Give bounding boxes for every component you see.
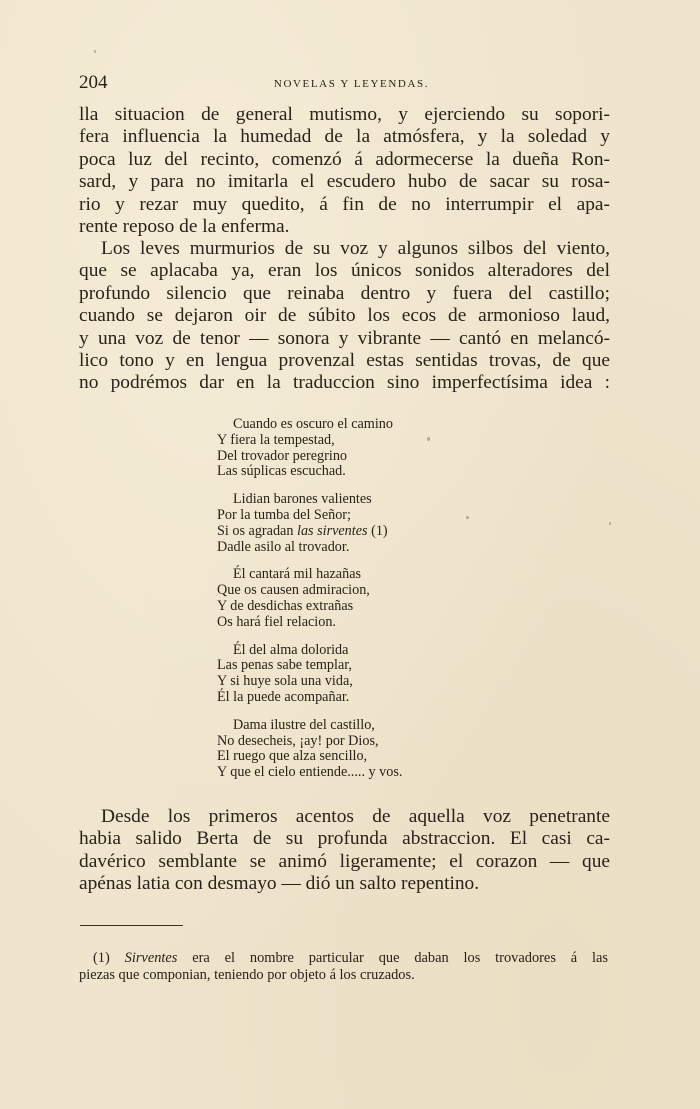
- text-line: davérico semblante se animó ligeramente;…: [79, 851, 610, 873]
- verse: Él la puede acompañar.: [217, 690, 477, 706]
- paper-speck: [609, 522, 611, 525]
- text-line: habia salido Berta de su profunda abstra…: [79, 828, 610, 850]
- paper-speck: [427, 437, 430, 441]
- footnote-reference[interactable]: (1): [368, 523, 388, 539]
- text-line: rio y rezar muy quedito, á fin de no int…: [79, 194, 610, 216]
- verse: Las penas sabe templar,: [217, 658, 477, 674]
- running-title: NOVELAS Y LEYENDAS.: [79, 78, 610, 90]
- verse: Cuando es oscuro el camino: [217, 417, 477, 433]
- verse: Lidian barones valientes: [217, 492, 477, 508]
- italic-phrase: las sirventes: [297, 523, 368, 539]
- verse: Os hará fiel relacion.: [217, 615, 477, 631]
- paragraph-2: Los leves murmurios de su voz y algunos …: [79, 238, 610, 395]
- verse: Si os agradan las sirventes (1): [217, 524, 477, 540]
- footnote-text: era el nombre particular que daban los t…: [177, 950, 608, 966]
- text-line: no podrémos dar en la traduccion sino im…: [79, 372, 610, 394]
- text-line: lla situacion de general mutismo, y ejer…: [79, 104, 610, 126]
- text-line: fera influencia la humedad de la atmósfe…: [79, 126, 610, 148]
- text-line: profundo silencio que reinaba dentro y f…: [79, 283, 610, 305]
- verse: Dadle asilo al trovador.: [217, 540, 477, 556]
- paper-speck: [94, 50, 96, 53]
- verse: El ruego que alza sencillo,: [217, 749, 477, 765]
- footnote-term: Sirventes: [125, 950, 178, 966]
- stanza-4: Él del alma dolorida Las penas sabe temp…: [217, 643, 477, 706]
- footnote-line: (1) Sirventes era el nombre particular q…: [79, 950, 608, 967]
- verse: Las súplicas escuchad.: [217, 464, 477, 480]
- poem: Cuando es oscuro el camino Y fiera la te…: [217, 417, 477, 793]
- stanza-2: Lidian barones valientes Por la tumba de…: [217, 492, 477, 555]
- text-line: apénas latia con desmayo — dió un salto …: [79, 873, 610, 895]
- text-line: poca luz del recinto, comenzó á adormece…: [79, 149, 610, 171]
- verse-text: Si os agradan: [217, 523, 297, 539]
- text-line: cuando se dejaron oir de súbito los ecos…: [79, 305, 610, 327]
- verse: Y fiera la tempestad,: [217, 433, 477, 449]
- paper-speck: [466, 516, 469, 519]
- text-line: que se aplacaba ya, eran los únicos soni…: [79, 260, 610, 282]
- stanza-3: Él cantará mil hazañas Que os causen adm…: [217, 567, 477, 630]
- verse: Y que el cielo entiende..... y vos.: [217, 765, 477, 781]
- book-page: 204 NOVELAS Y LEYENDAS. lla situacion de…: [0, 0, 700, 1109]
- text-line: rente reposo de la enferma.: [79, 216, 610, 238]
- footnote-line: piezas que componian, teniendo por objet…: [79, 967, 608, 984]
- verse: Y si huye sola una vida,: [217, 674, 477, 690]
- footnote-marker: (1): [93, 950, 125, 966]
- verse: Él del alma dolorida: [217, 643, 477, 659]
- paragraph-1: lla situacion de general mutismo, y ejer…: [79, 104, 610, 238]
- verse: Dama ilustre del castillo,: [217, 718, 477, 734]
- page-header: 204 NOVELAS Y LEYENDAS.: [79, 72, 610, 94]
- footnote: (1) Sirventes era el nombre particular q…: [79, 950, 608, 984]
- stanza-5: Dama ilustre del castillo, No desecheis,…: [217, 718, 477, 781]
- verse: No desecheis, ¡ay! por Dios,: [217, 734, 477, 750]
- verse: Y de desdichas extrañas: [217, 599, 477, 615]
- stanza-1: Cuando es oscuro el camino Y fiera la te…: [217, 417, 477, 480]
- paragraph-3: Desde los primeros acentos de aquella vo…: [79, 806, 610, 896]
- text-line: y una voz de tenor — sonora y vibrante —…: [79, 328, 610, 350]
- verse: Por la tumba del Señor;: [217, 508, 477, 524]
- text-line: Desde los primeros acentos de aquella vo…: [79, 806, 610, 828]
- text-line: lico tono y en lengua provenzal estas se…: [79, 350, 610, 372]
- text-line: Los leves murmurios de su voz y algunos …: [79, 238, 610, 260]
- footnote-divider: [80, 925, 183, 926]
- text-line: sard, y para no imitarla el escudero hub…: [79, 171, 610, 193]
- verse: Que os causen admiracion,: [217, 583, 477, 599]
- verse: Del trovador peregrino: [217, 449, 477, 465]
- verse: Él cantará mil hazañas: [217, 567, 477, 583]
